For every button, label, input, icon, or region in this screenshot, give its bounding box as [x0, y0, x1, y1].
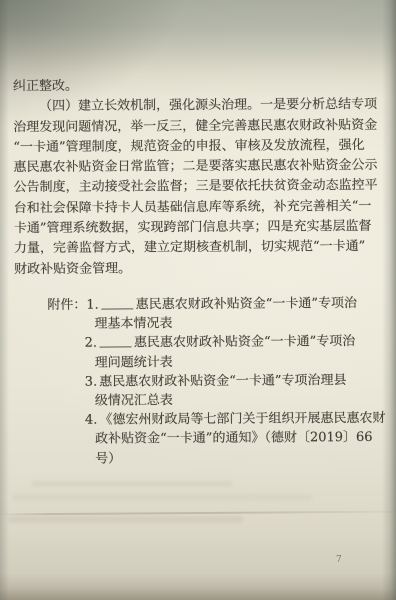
attachment-3-number: 3.: [85, 374, 97, 389]
attachment-3-row-1: 3.惠民惠农财政补贴资金“一卡通”专项治理县: [2, 371, 396, 393]
paragraph-line-1: （四）建立长效机制，强化源头治理。一是要分析总结专项: [13, 95, 383, 118]
attachments-list: 附件：1.惠民惠农财政补贴资金“一卡通”专项治 理基本情况表 2.惠民惠农财政补…: [1, 294, 396, 469]
attachment-1-number: 1.: [86, 298, 98, 313]
document-content: 纠正整改。 （四）建立长效机制，强化源头治理。一是要分析总结专项 治理发现问题情…: [0, 0, 396, 600]
attachments-label: 附件：: [47, 298, 86, 313]
attachment-1-row-1: 附件：1.惠民惠农财政补贴资金“一卡通”专项治: [1, 294, 396, 316]
document-body-text: 纠正整改。 （四）建立长效机制，强化源头治理。一是要分析总结专项 治理发现问题情…: [13, 75, 384, 280]
ink-bleed-through-mark: [32, 481, 232, 487]
blank-underline: [102, 297, 134, 309]
attachment-1-title-line-1: 惠民惠农财政补贴资金“一卡通”专项治: [136, 296, 357, 312]
paragraph-line-3: “一卡通”管理制度，规范资金的申报、审核及发放流程，强化: [13, 136, 383, 159]
ink-bleed-through-mark: [8, 516, 243, 523]
paragraph-line-5: 公告制度，主动接受社会监督；三是要依托扶贫资金动态监控平: [14, 176, 384, 199]
closing-line: 纠正整改。: [13, 75, 383, 98]
attachment-1-title-line-2: 理基本情况表: [1, 313, 396, 335]
attachment-3-title-line-2: 级情况汇总表: [2, 390, 396, 412]
attachment-4-row-1: 4.《德宏州财政局等七部门关于组织开展惠民惠农财: [2, 409, 396, 431]
attachment-2-number: 2.: [85, 336, 97, 351]
attachment-2-row-1: 2.惠民惠农财政补贴资金“一卡通”专项治: [1, 332, 396, 354]
paragraph-line-2: 治理发现问题情况，举一反三，健全完善惠民惠农财政补贴资金: [13, 115, 383, 138]
paragraph-line-6: 台和社会保障卡持卡人员基础信息库等系统，补充完善相关“一: [14, 197, 384, 220]
page-number: 7: [336, 555, 342, 565]
attachment-2-title-line-2: 理问题统计表: [2, 351, 396, 373]
scanned-document-page: 纠正整改。 （四）建立长效机制，强化源头治理。一是要分析总结专项 治理发现问题情…: [0, 0, 396, 600]
attachment-4-title-line-3: 号）: [2, 447, 396, 469]
attachment-4-title-line-2: 政补贴资金“一卡通”的通知》（德财〔2019〕66: [2, 428, 396, 450]
attachment-3-title-line-1: 惠民惠农财政补贴资金“一卡通”专项治理县: [99, 373, 346, 390]
attachment-4-title-line-1: 《德宏州财政局等七部门关于组织开展惠民惠农财: [99, 411, 385, 428]
paragraph-line-8: 力量，完善监督方式，建立定期核查机制，切实规范“一卡通”: [14, 237, 384, 260]
blank-underline: [100, 336, 132, 348]
attachment-4-number: 4.: [85, 413, 97, 428]
ink-bleed-through-mark: [12, 494, 312, 500]
paragraph-line-7: 卡通”管理系统数据，实现跨部门信息共享；四是充实基层监督: [14, 217, 384, 240]
paragraph-line-4: 惠民惠农补贴资金日常监管；二是要落实惠民惠农补贴资金公示: [13, 156, 383, 179]
attachment-2-title-line-1: 惠民惠农财政补贴资金“一卡通”专项治: [134, 334, 355, 350]
paragraph-line-9: 财政补贴资金管理。: [14, 258, 384, 281]
